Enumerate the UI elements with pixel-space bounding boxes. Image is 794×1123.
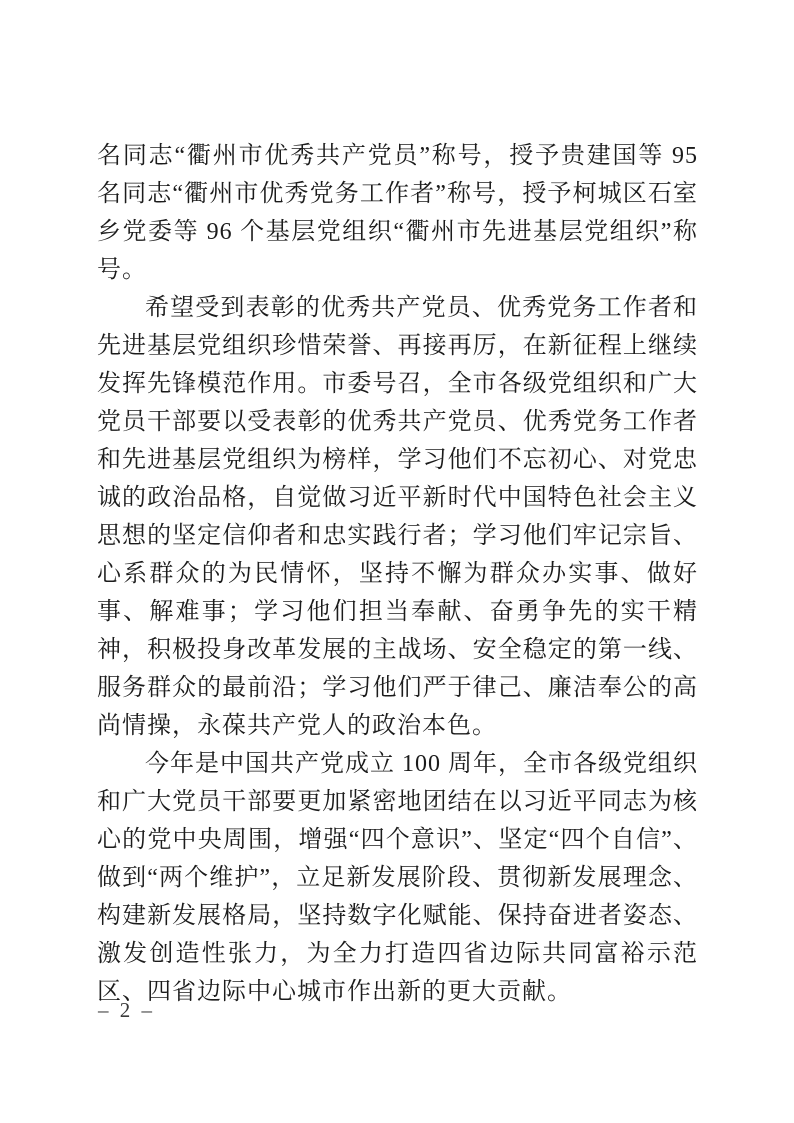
paragraph-anniversary-appeal: 今年是中国共产党成立 100 周年，全市各级党组织和广大党员干部要更加紧密地团结… (97, 745, 698, 1011)
page-number: – 2 – (98, 998, 155, 1022)
document-body: 名同志“衢州市优秀共产党员”称号，授予贵建国等 95 名同志“衢州市优秀党务工作… (97, 137, 698, 1011)
paragraph-commendation-call: 希望受到表彰的优秀共产党员、优秀党务工作者和先进基层党组织珍惜荣誉、再接再厉，在… (97, 289, 698, 745)
paragraph-continuation-awards: 名同志“衢州市优秀共产党员”称号，授予贵建国等 95 名同志“衢州市优秀党务工作… (97, 137, 698, 289)
document-page: 名同志“衢州市优秀共产党员”称号，授予贵建国等 95 名同志“衢州市优秀党务工作… (0, 0, 794, 1123)
